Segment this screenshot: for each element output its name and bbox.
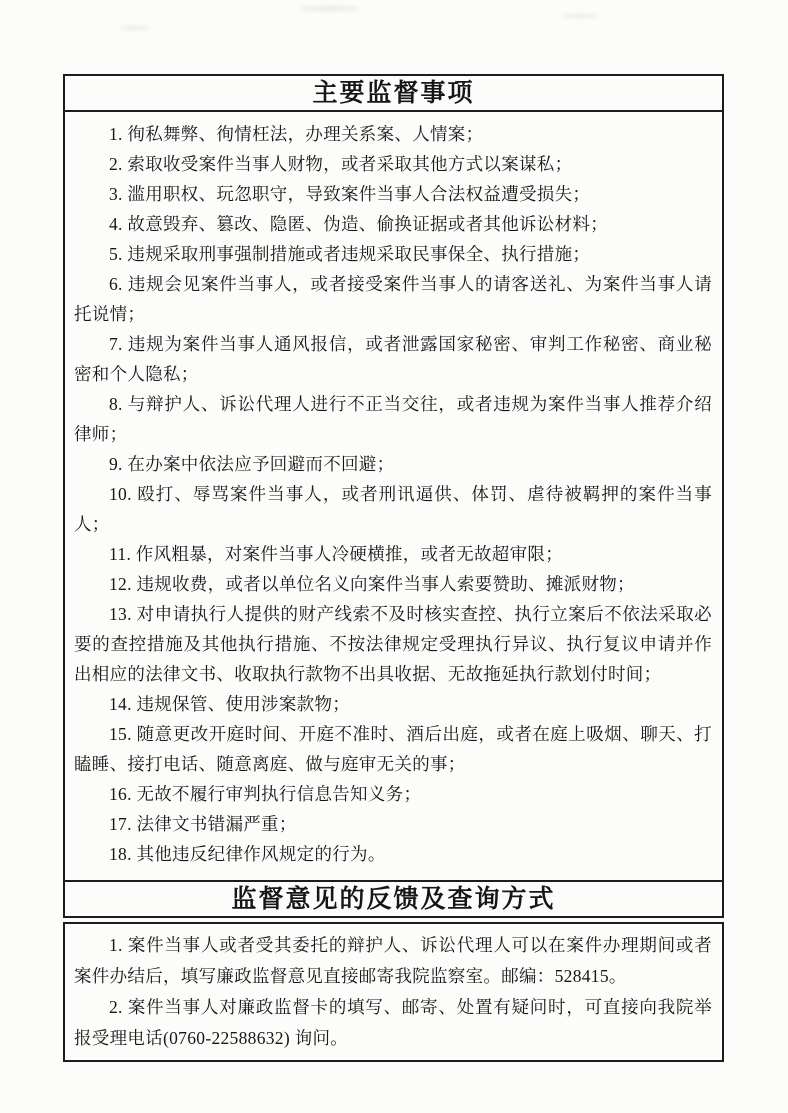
feedback-item: 1. 案件当事人或者受其委托的辩护人、诉讼代理人可以在案件办理期间或者案件办结后… [74,930,712,992]
section-feedback-body-box: 1. 案件当事人或者受其委托的辩护人、诉讼代理人可以在案件办理期间或者案件办结后… [63,922,724,1062]
section-feedback-body: 1. 案件当事人或者受其委托的辩护人、诉讼代理人可以在案件办理期间或者案件办结后… [65,924,722,1054]
section-main-title-row: 主要监督事项 [65,76,722,112]
supervision-item: 12. 违规收费，或者以单位名义向案件当事人索要赞助、摊派财物； [74,569,712,599]
supervision-item: 16. 无故不履行审判执行信息告知义务； [74,779,712,809]
supervision-item: 9. 在办案中依法应予回避而不回避； [74,449,712,479]
supervision-item: 17. 法律文书错漏严重； [74,809,712,839]
supervision-item: 11. 作风粗暴，对案件当事人冷硬横推，或者无故超审限； [74,539,712,569]
section-main-body: 1. 徇私舞弊、徇情枉法，办理关系案、人情案； 2. 索取收受案件当事人财物，或… [65,112,722,869]
supervision-item: 14. 违规保管、使用涉案款物； [74,689,712,719]
feedback-item: 2. 案件当事人对廉政监督卡的填写、邮寄、处置有疑问时，可直接向我院举报受理电话… [74,992,712,1054]
section-feedback-title-row: 监督意见的反馈及查询方式 [63,880,724,918]
supervision-item: 4. 故意毁弃、篡改、隐匿、伪造、偷换证据或者其他诉讼材料； [74,209,712,239]
scan-smudge [560,14,600,18]
scanned-document-page: 主要监督事项 1. 徇私舞弊、徇情枉法，办理关系案、人情案； 2. 索取收受案件… [0,0,788,1113]
section-main-title: 主要监督事项 [312,81,474,106]
supervision-item: 6. 违规会见案件当事人，或者接受案件当事人的请客送礼、为案件当事人请托说情； [74,269,712,329]
section-feedback-title: 监督意见的反馈及查询方式 [231,887,555,912]
supervision-item: 15. 随意更改开庭时间、开庭不准时、酒后出庭，或者在庭上吸烟、聊天、打瞌睡、接… [74,719,712,779]
supervision-item: 3. 滥用职权、玩忽职守，导致案件当事人合法权益遭受损失； [74,179,712,209]
scan-smudge [120,26,150,30]
supervision-item: 8. 与辩护人、诉讼代理人进行不正当交往，或者违规为案件当事人推荐介绍律师； [74,389,712,449]
supervision-item: 2. 索取收受案件当事人财物，或者采取其他方式以案谋私； [74,149,712,179]
section-main-supervision: 主要监督事项 1. 徇私舞弊、徇情枉法，办理关系案、人情案； 2. 索取收受案件… [63,74,724,882]
supervision-item: 18. 其他违反纪律作风规定的行为。 [74,839,712,869]
supervision-item: 10. 殴打、辱骂案件当事人，或者刑讯逼供、体罚、虐待被羁押的案件当事人； [74,479,712,539]
scan-smudge [300,6,360,11]
supervision-item: 7. 违规为案件当事人通风报信，或者泄露国家秘密、审判工作秘密、商业秘密和个人隐… [74,329,712,389]
supervision-item: 1. 徇私舞弊、徇情枉法，办理关系案、人情案； [74,119,712,149]
supervision-item: 5. 违规采取刑事强制措施或者违规采取民事保全、执行措施； [74,239,712,269]
supervision-item: 13. 对申请执行人提供的财产线索不及时核实查控、执行立案后不依法采取必要的查控… [74,599,712,689]
